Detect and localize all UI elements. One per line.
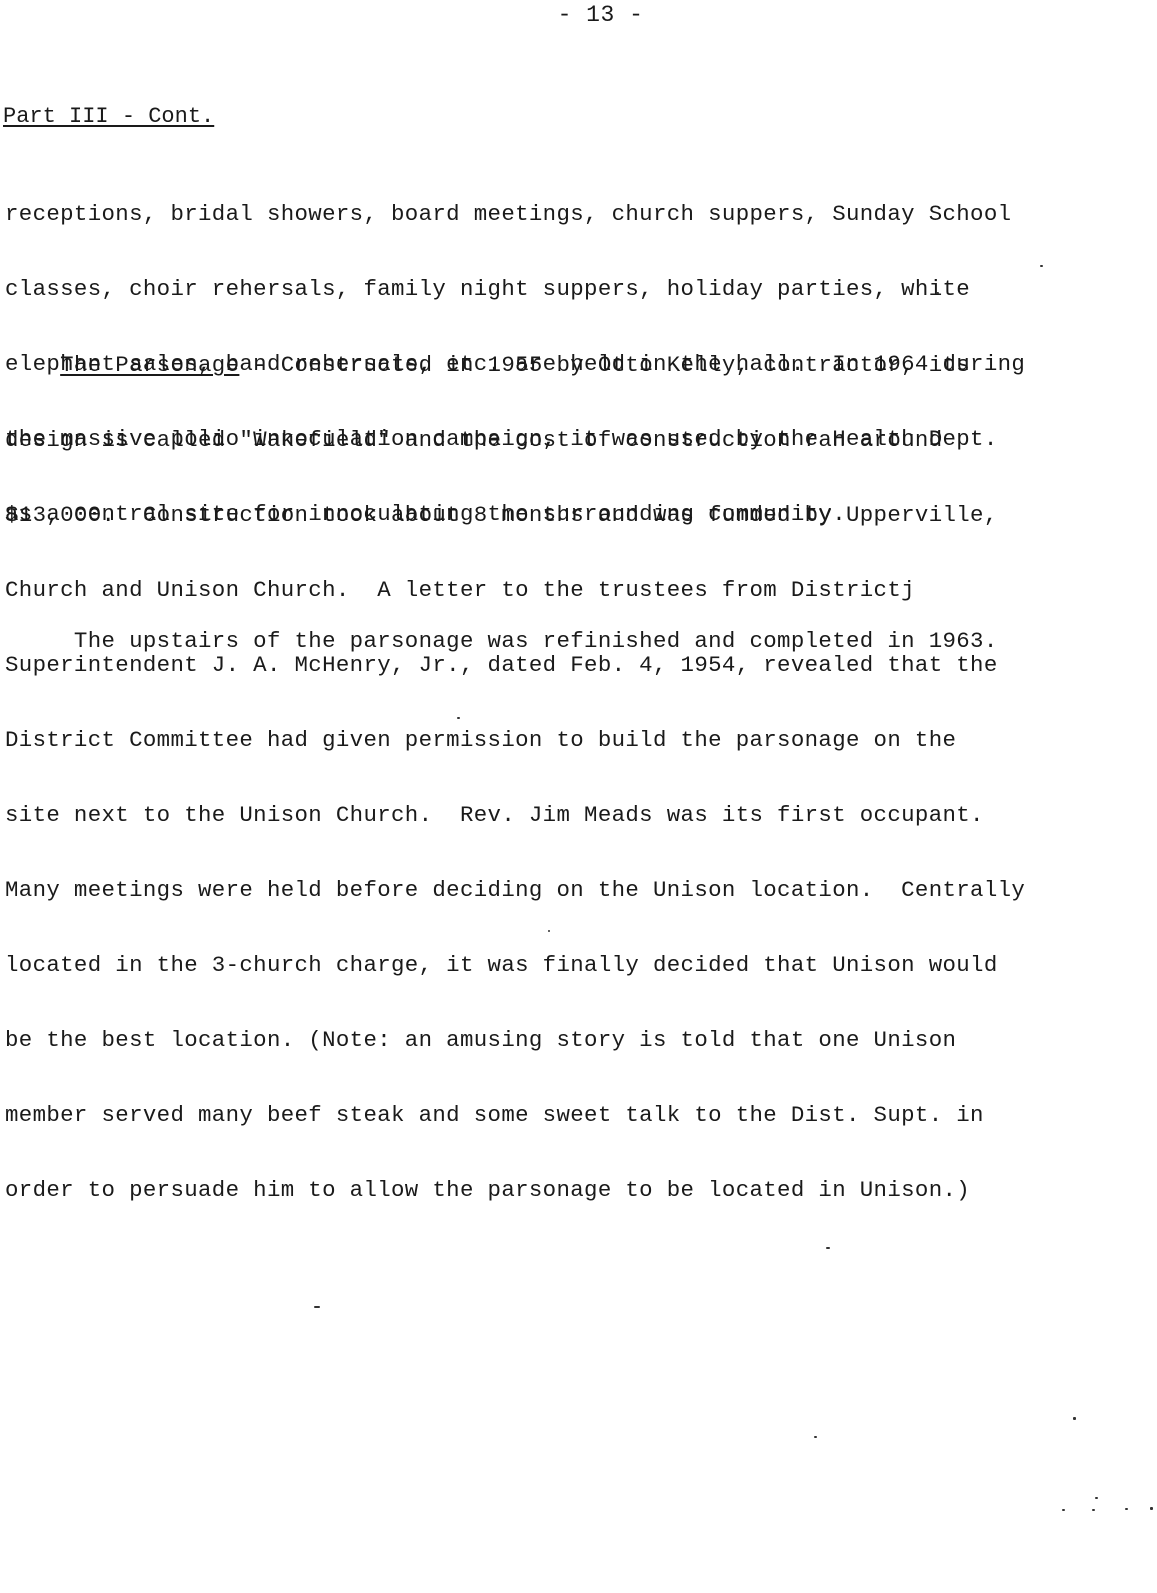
text-line: be the best location. (Note: an amusing … xyxy=(5,1028,1025,1053)
text-line: Church and Unison Church. A letter to th… xyxy=(5,578,1025,603)
text-line: classes, choir rehersals, family night s… xyxy=(5,277,1025,302)
scan-speck xyxy=(1040,265,1043,267)
text-line: member served many beef steak and some s… xyxy=(5,1103,1025,1128)
text-line: Many meetings were held before deciding … xyxy=(5,878,1025,903)
text-line: design is called "Wakefield" and the cos… xyxy=(5,428,1025,453)
section-heading: Part III - Cont. xyxy=(3,104,214,129)
parsonage-subheading: The Parsonage xyxy=(60,352,239,378)
scan-speck xyxy=(1062,1509,1065,1511)
text-line: site next to the Unison Church. Rev. Jim… xyxy=(5,803,1025,828)
scan-speck xyxy=(1092,1509,1095,1511)
scan-speck xyxy=(548,930,550,932)
scan-speck xyxy=(826,1247,830,1249)
text-line: receptions, bridal showers, board meetin… xyxy=(5,202,1025,227)
text-line: order to persuade him to allow the parso… xyxy=(5,1178,1025,1203)
document-page: - 13 - Part III - Cont. receptions, brid… xyxy=(0,0,1157,1593)
scan-speck xyxy=(1073,1417,1076,1420)
paragraph-parsonage: The Parsonage - Constructed in 1955 by O… xyxy=(5,303,1025,1253)
text-fragment: - Constructed in 1955 by Otto Kelly, con… xyxy=(239,352,970,378)
indent xyxy=(5,352,60,378)
scan-speck xyxy=(314,1306,320,1308)
paragraph-upstairs: The upstairs of the parsonage was refini… xyxy=(5,629,998,654)
text-line: District Committee had given permission … xyxy=(5,728,1025,753)
scan-speck xyxy=(1150,1507,1153,1510)
text-line: $13,000. Construction took about 8 month… xyxy=(5,503,1025,528)
text-line: located in the 3-church charge, it was f… xyxy=(5,953,1025,978)
scan-speck xyxy=(814,1436,817,1438)
scan-speck xyxy=(457,717,460,719)
page-number: - 13 - xyxy=(0,2,1157,28)
scan-speck xyxy=(936,292,939,294)
text-line: The Parsonage - Constructed in 1955 by O… xyxy=(5,353,1025,378)
scan-speck xyxy=(1095,1497,1098,1499)
scan-speck xyxy=(1125,1508,1128,1510)
text-line: Superintendent J. A. McHenry, Jr., dated… xyxy=(5,653,1025,678)
